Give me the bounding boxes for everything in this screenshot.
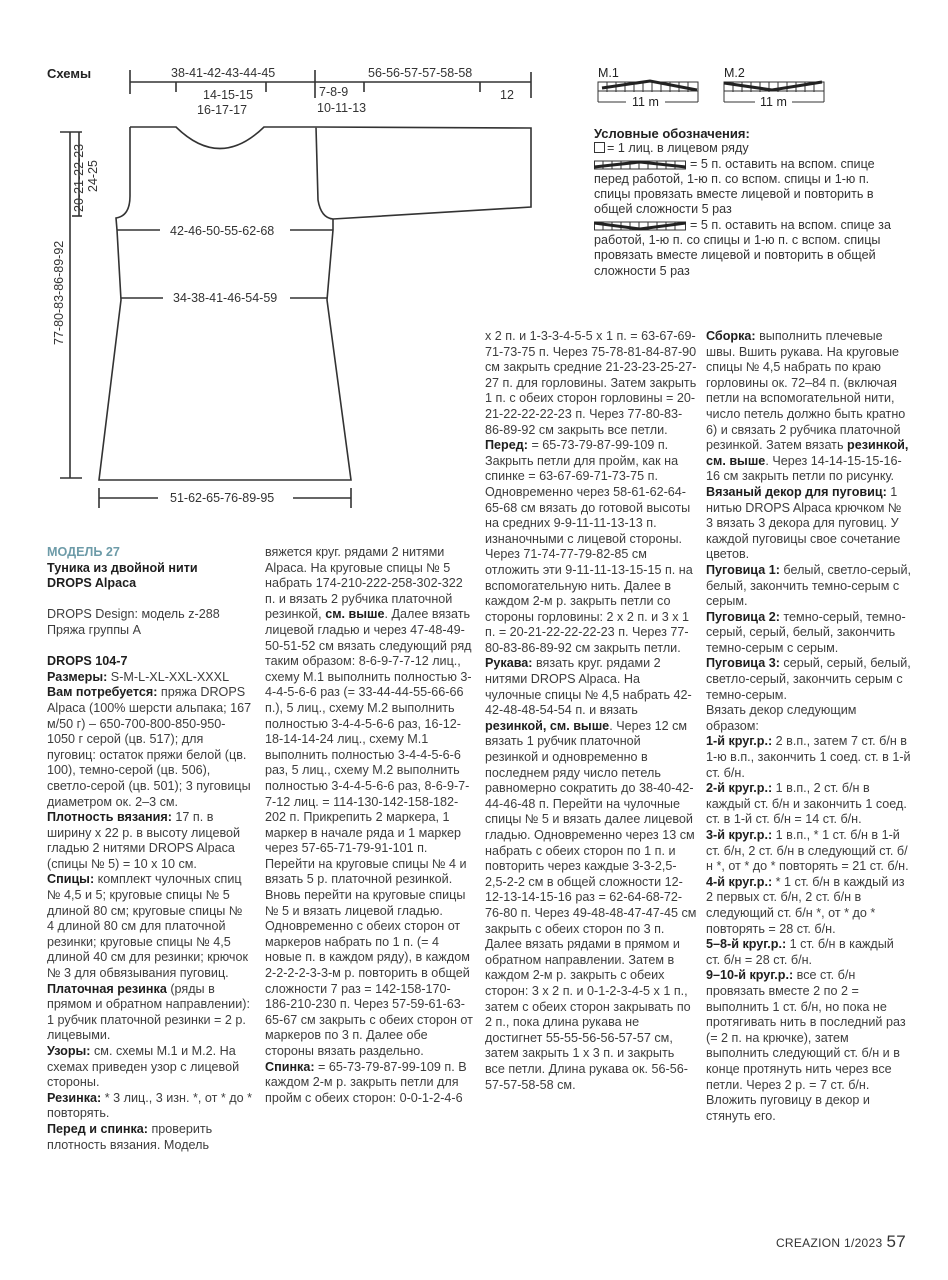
page-number: 57 [886,1232,906,1251]
section-needles: Спицы: комплект чулочных спиц № 4,5 и 5;… [47,872,252,981]
legend-title: Условные обозначения: [594,126,904,141]
chart-m1-width: 11 m [630,95,661,109]
article-column-4: Сборка: выполнить плечевые швы. Вшить ру… [706,329,911,1124]
button-3: Пуговица 3: серый, серый, белый, светло-… [706,656,911,703]
pattern-code: DROPS 104-7 [47,654,128,668]
section-patterns: Узоры: см. схемы М.1 и М.2. На схемах пр… [47,1044,252,1091]
article-column-2: вяжется круг. рядами 2 нитями Alpaca. На… [265,545,475,1106]
article-column-1: МОДЕЛЬ 27 Туника из двойной нити DROPS A… [47,545,252,1153]
round-3: 3-й круг.р.: 1 в.п., * 1 ст. б/н в 1-й с… [706,828,911,875]
section-sleeves: Рукава: вязать круг. рядами 2 нитями DRO… [485,656,697,1093]
body-instructions-3: Вновь перейти на круговые спицы № 5 и вя… [265,888,475,1060]
cable-left-icon [594,160,686,170]
dim-chest-width: 42-46-50-55-62-68 [170,224,274,238]
section-back: Спинка: = 65-73-79-87-99-109 п. В каждом… [265,1060,475,1107]
button-1: Пуговица 1: белый, светло-серый, белый, … [706,563,911,610]
round-4: 4-й круг.р.: * 1 ст. б/н в каждый из 2 п… [706,875,911,937]
dim-neck-width-1: 14-15-15 [203,88,253,102]
dim-sleeve-length: 56-56-57-57-58-58 [368,66,472,80]
chart-m1-label: M.1 [598,66,619,80]
dim-neck-width-2: 16-17-17 [197,103,247,117]
chart-m2-label: M.2 [724,66,745,80]
article-column-3: х 2 п. и 1-3-3-4-5-5 х 1 п. = 63-67-69-7… [485,329,697,1093]
square-box-icon [594,142,605,153]
section-rib: Резинка: * 3 лиц., 3 изн. *, от * до * п… [47,1091,252,1122]
decor-intro: Вязать декор следующим образом: [706,703,911,734]
section-decor: Вязаный декор для пуговиц: 1 нитью DROPS… [706,485,911,563]
section-assembly: Сборка: выполнить плечевые швы. Вшить ру… [706,329,911,485]
button-2: Пуговица 2: темно-серый, темно-серый, се… [706,610,911,657]
dim-cuff: 12 [500,88,514,102]
section-sizes: Размеры: S-M-L-XL-XXL-XXXL [47,670,252,686]
dim-armhole-2: 24-25 [86,160,100,192]
body-instructions-2: Перейти на круговые спицы № 4 и вязать 5… [265,857,475,888]
dim-hem-width: 51-62-65-76-89-95 [170,491,274,505]
legend-item-cable-right: = 5 п. оставить на вспом. спице за работ… [594,218,904,279]
legend-item-knit: = 1 лиц. в лицевом ряду [594,141,904,156]
dim-shoulder-2: 10-11-13 [317,101,366,115]
dim-shoulder-1: 7-8-9 [319,85,348,99]
round-1: 1-й круг.р.: 2 в.п., затем 7 ст. б/н в 1… [706,734,911,781]
model-label: МОДЕЛЬ 27 [47,545,252,561]
round-5-8: 5–8-й круг.р.: 1 ст. б/н в каждый ст. б/… [706,937,911,968]
back-continued: х 2 п. и 1-3-3-4-5-5 х 1 п. = 63-67-69-7… [485,329,697,438]
article-title-2: DROPS Alpaca [47,576,136,590]
legend: Условные обозначения: = 1 лиц. в лицевом… [594,126,904,279]
section-garter: Платочная резинка (ряды в прямом и обрат… [47,982,252,1044]
design-credit: DROPS Design: модель z-288 [47,607,252,623]
round-2: 2-й круг.р.: 1 в.п., 2 ст. б/н в каждый … [706,781,911,828]
body-instructions: вяжется круг. рядами 2 нитями Alpaca. На… [265,545,475,857]
chart-m2-width: 11 m [758,95,789,109]
magazine-issue: CREAZION 1/2023 [776,1236,883,1250]
section-gauge: Плотность вязания: 17 п. в ширину х 22 р… [47,810,252,872]
dim-waist-width: 34-38-41-46-54-59 [173,291,277,305]
article-title-1: Туника из двойной нити [47,561,198,575]
page-footer: CREAZION 1/202357 [776,1232,906,1252]
round-9-10: 9–10-й круг.р.: все ст. б/н провязать вм… [706,968,911,1124]
section-front: Перед: = 65-73-79-87-99-109 п. Закрыть п… [485,438,697,656]
section-front-back: Перед и спинка: проверить плотность вяза… [47,1122,252,1153]
dim-body-width-top: 38-41-42-43-44-45 [171,66,275,80]
dim-armhole-1: 20-21-22-23 [72,144,86,212]
section-materials: Вам потребуется: пряжа DROPS Alpaca (100… [47,685,252,810]
legend-item-cable-left: = 5 п. оставить на вспом. спице перед ра… [594,157,904,218]
cable-right-icon [594,221,686,231]
yarn-group: Пряжа группы A [47,623,252,639]
dim-total-length: 77-80-83-86-89-92 [52,241,66,345]
